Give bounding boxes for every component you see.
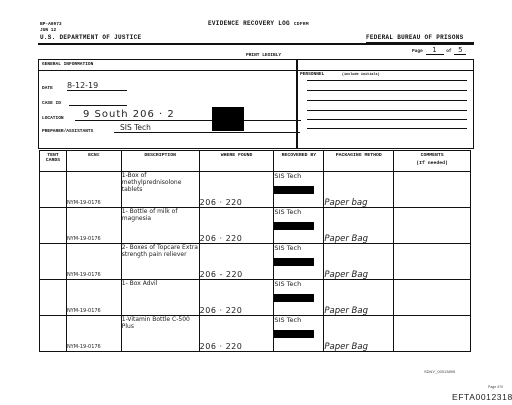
- date-label: DATE: [42, 86, 53, 91]
- table-row: NYM-19-0176 1- Bottle of milk of magnesi…: [40, 208, 471, 244]
- form-number: BP-A0973: [40, 22, 62, 27]
- tent-cards-cell[interactable]: [40, 280, 67, 316]
- recovered-by-text: SIS Tech: [274, 244, 301, 252]
- description-cell: 2- Boxes of Topcare Extra strength pain …: [121, 244, 199, 280]
- table-header-row: TENT CARDS ECN# DESCRIPTION WHERE FOUND …: [40, 151, 471, 172]
- packaging-method-cell: Paper bag: [324, 172, 394, 208]
- redaction-block: [274, 222, 314, 230]
- date-field[interactable]: 8-12-19: [67, 81, 127, 91]
- table-row: NYM-19-0176 1-Vitamin Bottle C-500 Plus …: [40, 316, 471, 352]
- personnel-line-4[interactable]: [307, 110, 467, 111]
- description-cell: 1- Box Advil: [121, 280, 199, 316]
- redaction-block: [274, 258, 314, 266]
- recovered-by-text: SIS Tech: [274, 208, 301, 216]
- evidence-log-table: TENT CARDS ECN# DESCRIPTION WHERE FOUND …: [39, 150, 471, 352]
- header-ecn: ECN#: [66, 151, 121, 172]
- personnel-line-3[interactable]: [307, 100, 467, 101]
- personnel-section: PERSONNEL (include initials): [296, 59, 474, 149]
- location-field[interactable]: 9 South 206 · 2: [75, 109, 301, 121]
- packaging-method-cell: Paper Bag: [324, 280, 394, 316]
- tent-cards-cell[interactable]: [40, 316, 67, 352]
- form-title-suffix: CDFRM: [294, 22, 309, 27]
- recovered-by-cell: SIS Tech: [274, 280, 324, 316]
- recovered-by-cell: SIS Tech: [274, 208, 324, 244]
- page-indicator: Page 1 of 5: [412, 46, 466, 55]
- bureau-name: FEDERAL BUREAU OF PRISONS: [366, 34, 464, 41]
- header-comments-sub: (If needed): [394, 161, 470, 166]
- personnel-heading: PERSONNEL: [300, 72, 324, 77]
- preparer-label: PREPARER/ASSISTANTS: [42, 129, 93, 134]
- tent-cards-cell[interactable]: [40, 244, 67, 280]
- form-title-text: EVIDENCE RECOVERY LOG: [208, 20, 290, 27]
- header-description: DESCRIPTION: [121, 151, 199, 172]
- where-found-cell: 206 · 220: [199, 208, 274, 244]
- header-packaging-method: PACKAGING METHOD: [324, 151, 394, 172]
- packaging-method-cell: Paper Bag: [324, 244, 394, 280]
- recovered-by-text: SIS Tech: [274, 172, 301, 180]
- personnel-line-1[interactable]: [307, 80, 467, 81]
- general-information-section: GENERAL INFORMATION DATE 8-12-19 CASE ID…: [38, 59, 298, 149]
- ecn-cell: NYM-19-0176: [66, 316, 121, 352]
- header-where-found: WHERE FOUND: [199, 151, 274, 172]
- recovered-by-text: SIS Tech: [274, 316, 301, 324]
- redaction-block: [274, 294, 314, 302]
- efta-document-id: EFTA00123183: [452, 392, 512, 402]
- redaction-block: [212, 107, 244, 131]
- personnel-line-2[interactable]: [307, 90, 467, 91]
- redaction-block: [274, 330, 314, 338]
- ecn-cell: NYM-19-0176: [66, 208, 121, 244]
- redaction-block: [274, 186, 314, 194]
- page-note: Page 470: [488, 385, 503, 389]
- form-title: EVIDENCE RECOVERY LOG CDFRM: [208, 20, 309, 27]
- page-label: Page: [412, 49, 423, 54]
- department-name: U.S. DEPARTMENT OF JUSTICE: [40, 34, 141, 41]
- case-id-field[interactable]: [69, 96, 127, 106]
- recovered-by-cell: SIS Tech: [274, 316, 324, 352]
- table-row: NYM-19-0176 1-Box of methylprednisolone …: [40, 172, 471, 208]
- page-current: 1: [426, 46, 444, 55]
- header-comments-label: COMMENTS: [394, 153, 470, 158]
- tent-cards-cell[interactable]: [40, 172, 67, 208]
- form-revision: JUN 12: [40, 28, 56, 33]
- location-label: LOCATION: [42, 116, 64, 121]
- page-total: 5: [454, 46, 466, 55]
- packaging-method-cell: Paper Bag: [324, 316, 394, 352]
- personnel-line-6[interactable]: [307, 128, 467, 129]
- ecn-cell: NYM-19-0176: [66, 280, 121, 316]
- case-id-label: CASE ID: [42, 101, 61, 106]
- header-comments: COMMENTS (If needed): [394, 151, 471, 172]
- header-tent-cards: TENT CARDS: [40, 151, 67, 172]
- general-information-heading: GENERAL INFORMATION: [42, 62, 93, 67]
- personnel-subheading: (include initials): [342, 73, 380, 77]
- description-cell: 1- Bottle of milk of magnesia: [121, 208, 199, 244]
- ecn-cell: NYM-19-0176: [66, 172, 121, 208]
- page-of-label: of: [446, 49, 451, 54]
- recovered-by-text: SIS Tech: [274, 280, 301, 288]
- bates-number: SDNY_00013895: [424, 369, 455, 374]
- comments-cell[interactable]: [394, 316, 471, 352]
- preparer-field[interactable]: SIS Tech: [114, 123, 300, 133]
- print-legibly-note: PRINT LEGIBLY: [246, 53, 281, 58]
- where-found-cell: 206 · 220: [199, 172, 274, 208]
- header-recovered-by: RECOVERED BY: [274, 151, 324, 172]
- description-cell: 1-Box of methylprednisolone tablets: [121, 172, 199, 208]
- where-found-cell: 206 - 220: [199, 244, 274, 280]
- table-row: NYM-19-0176 2- Boxes of Topcare Extra st…: [40, 244, 471, 280]
- where-found-cell: 206 · 220: [199, 280, 274, 316]
- table-row: NYM-19-0176 1- Box Advil 206 · 220 SIS T…: [40, 280, 471, 316]
- comments-cell[interactable]: [394, 244, 471, 280]
- description-cell: 1-Vitamin Bottle C-500 Plus: [121, 316, 199, 352]
- tent-cards-cell[interactable]: [40, 208, 67, 244]
- personnel-line-5[interactable]: [307, 119, 467, 120]
- packaging-method-cell: Paper Bag: [324, 208, 394, 244]
- recovered-by-cell: SIS Tech: [274, 172, 324, 208]
- comments-cell[interactable]: [394, 172, 471, 208]
- ecn-cell: NYM-19-0176: [66, 244, 121, 280]
- recovered-by-cell: SIS Tech: [274, 244, 324, 280]
- comments-cell[interactable]: [394, 280, 471, 316]
- where-found-cell: 206 · 220: [199, 316, 274, 352]
- comments-cell[interactable]: [394, 208, 471, 244]
